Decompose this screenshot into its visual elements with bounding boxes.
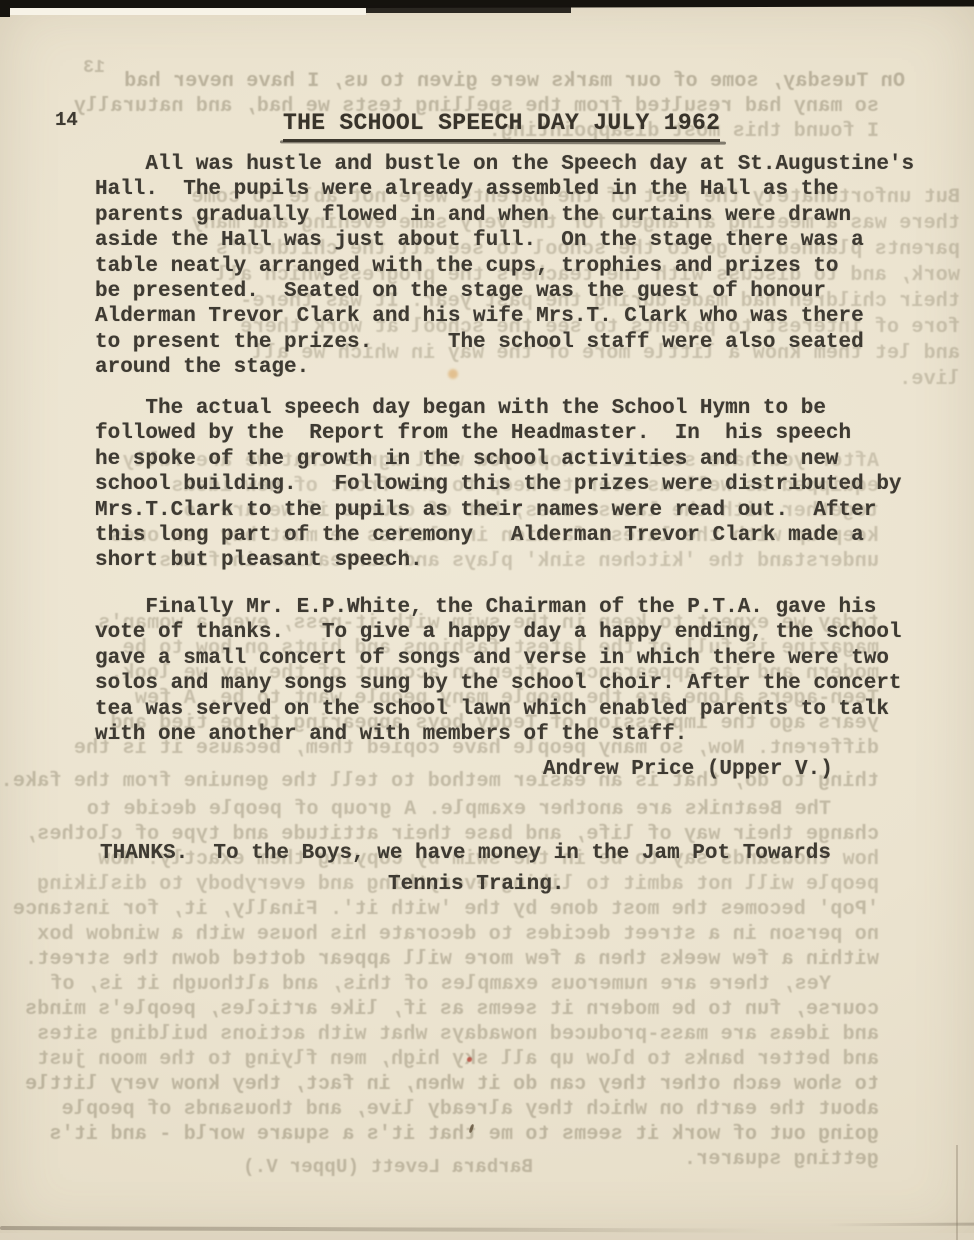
article-title: THE SCHOOL SPEECH DAY JULY 1962 bbox=[283, 110, 720, 142]
text-line: to present the prizes. The school staff … bbox=[95, 330, 914, 355]
bleed-text-line: within a few weeks then a few more will … bbox=[25, 948, 879, 971]
scan-bottom-right-line bbox=[828, 1223, 974, 1227]
bleed-text-line: The Beatniks are another example. A grou… bbox=[87, 798, 831, 821]
scan-bottom-strip bbox=[0, 1233, 974, 1240]
scan-top-left-corner bbox=[0, 0, 10, 17]
text-line: around the stage. bbox=[95, 355, 914, 380]
bleed-text-line: 13 bbox=[83, 58, 105, 78]
text-line: aside the Hall was just about full. On t… bbox=[95, 228, 914, 253]
text-line: Alderman Trevor Clark and his wife Mrs.T… bbox=[95, 304, 914, 329]
scanned-page: 13On Tuesday, some of our marks were giv… bbox=[0, 0, 974, 1240]
bleed-text-line: to show each other they can do it when, … bbox=[25, 1073, 879, 1096]
text-line: he spoke of the growth in the school act… bbox=[95, 447, 902, 472]
bleed-text-line: and ideas are mass-produced nowadays wha… bbox=[37, 1023, 879, 1046]
text-line: gave a small concert of songs and verse … bbox=[95, 646, 902, 671]
paragraph-3: Finally Mr. E.P.White, the Chairman of t… bbox=[95, 595, 902, 747]
text-line: be presented. Seated on the stage was th… bbox=[95, 279, 914, 304]
text-line: table neatly arranged with the cups, tro… bbox=[95, 254, 914, 279]
text-line: vote of thanks. To give a happy day a ha… bbox=[95, 620, 902, 645]
bleed-text-line: On Tuesday, some of our marks were given… bbox=[124, 70, 905, 93]
bleed-text-line: and better banks to blow up all sky high… bbox=[37, 1048, 879, 1071]
text-line: Mrs.T.Clark to the pupils as their names… bbox=[95, 498, 902, 523]
page-number: 14 bbox=[55, 109, 78, 131]
text-line: followed by the Report from the Headmast… bbox=[95, 421, 902, 446]
thanks-note-line2: Tennis Traing. bbox=[388, 872, 564, 897]
bleed-text-line: going out of work it seems to me that it… bbox=[49, 1123, 879, 1146]
title-underline-streak bbox=[280, 140, 726, 144]
bleed-text-line: no person in a street decides to decorat… bbox=[37, 923, 879, 946]
text-line: All was hustle and bustle on the Speech … bbox=[95, 152, 914, 177]
bleed-text-line: course, fun to be modern it seems as if,… bbox=[25, 998, 879, 1021]
paper-stain bbox=[469, 1124, 475, 1133]
text-line: short but pleasant speech. bbox=[95, 548, 902, 573]
text-line: solos and many songs sung by the school … bbox=[95, 671, 902, 696]
text-line: this long part of the ceremony Alderman … bbox=[95, 523, 902, 548]
text-line: tea was served on the school lawn which … bbox=[95, 697, 902, 722]
paragraph-1: All was hustle and bustle on the Speech … bbox=[95, 152, 914, 381]
bleed-text-line: about the earth on which they already li… bbox=[61, 1098, 879, 1121]
scan-bottom-smudge bbox=[0, 1226, 770, 1233]
bleed-text-line: 'Pop' becomes the most done by the 'with… bbox=[13, 898, 879, 921]
bleed-text-line: Barbara Levett (Upper V.) bbox=[243, 1156, 533, 1178]
thanks-note-line1: THANKS. To the Boys, we have money in th… bbox=[100, 841, 831, 866]
paragraph-2: The actual speech day began with the Sch… bbox=[95, 396, 902, 574]
text-line: parents gradually flowed in and when the… bbox=[95, 203, 914, 228]
text-line: school building. Following this the priz… bbox=[95, 472, 902, 497]
text-line: The actual speech day began with the Sch… bbox=[95, 396, 902, 421]
bleed-text-line: Yes, there are numerous examples of this… bbox=[50, 973, 831, 996]
scan-right-edge-line bbox=[956, 1145, 958, 1240]
paper-stain bbox=[467, 1057, 472, 1062]
scan-top-white-strip bbox=[0, 8, 366, 15]
text-line: with one another and with members of the… bbox=[95, 722, 902, 747]
text-line: Finally Mr. E.P.White, the Chairman of t… bbox=[95, 595, 902, 620]
text-line: Hall. The pupils were already assembled … bbox=[95, 177, 914, 202]
author-signature: Andrew Price (Upper V.) bbox=[543, 757, 833, 782]
scan-top-edge-dip bbox=[333, 5, 571, 13]
bleed-text-line: getting squarer. bbox=[684, 1148, 879, 1171]
